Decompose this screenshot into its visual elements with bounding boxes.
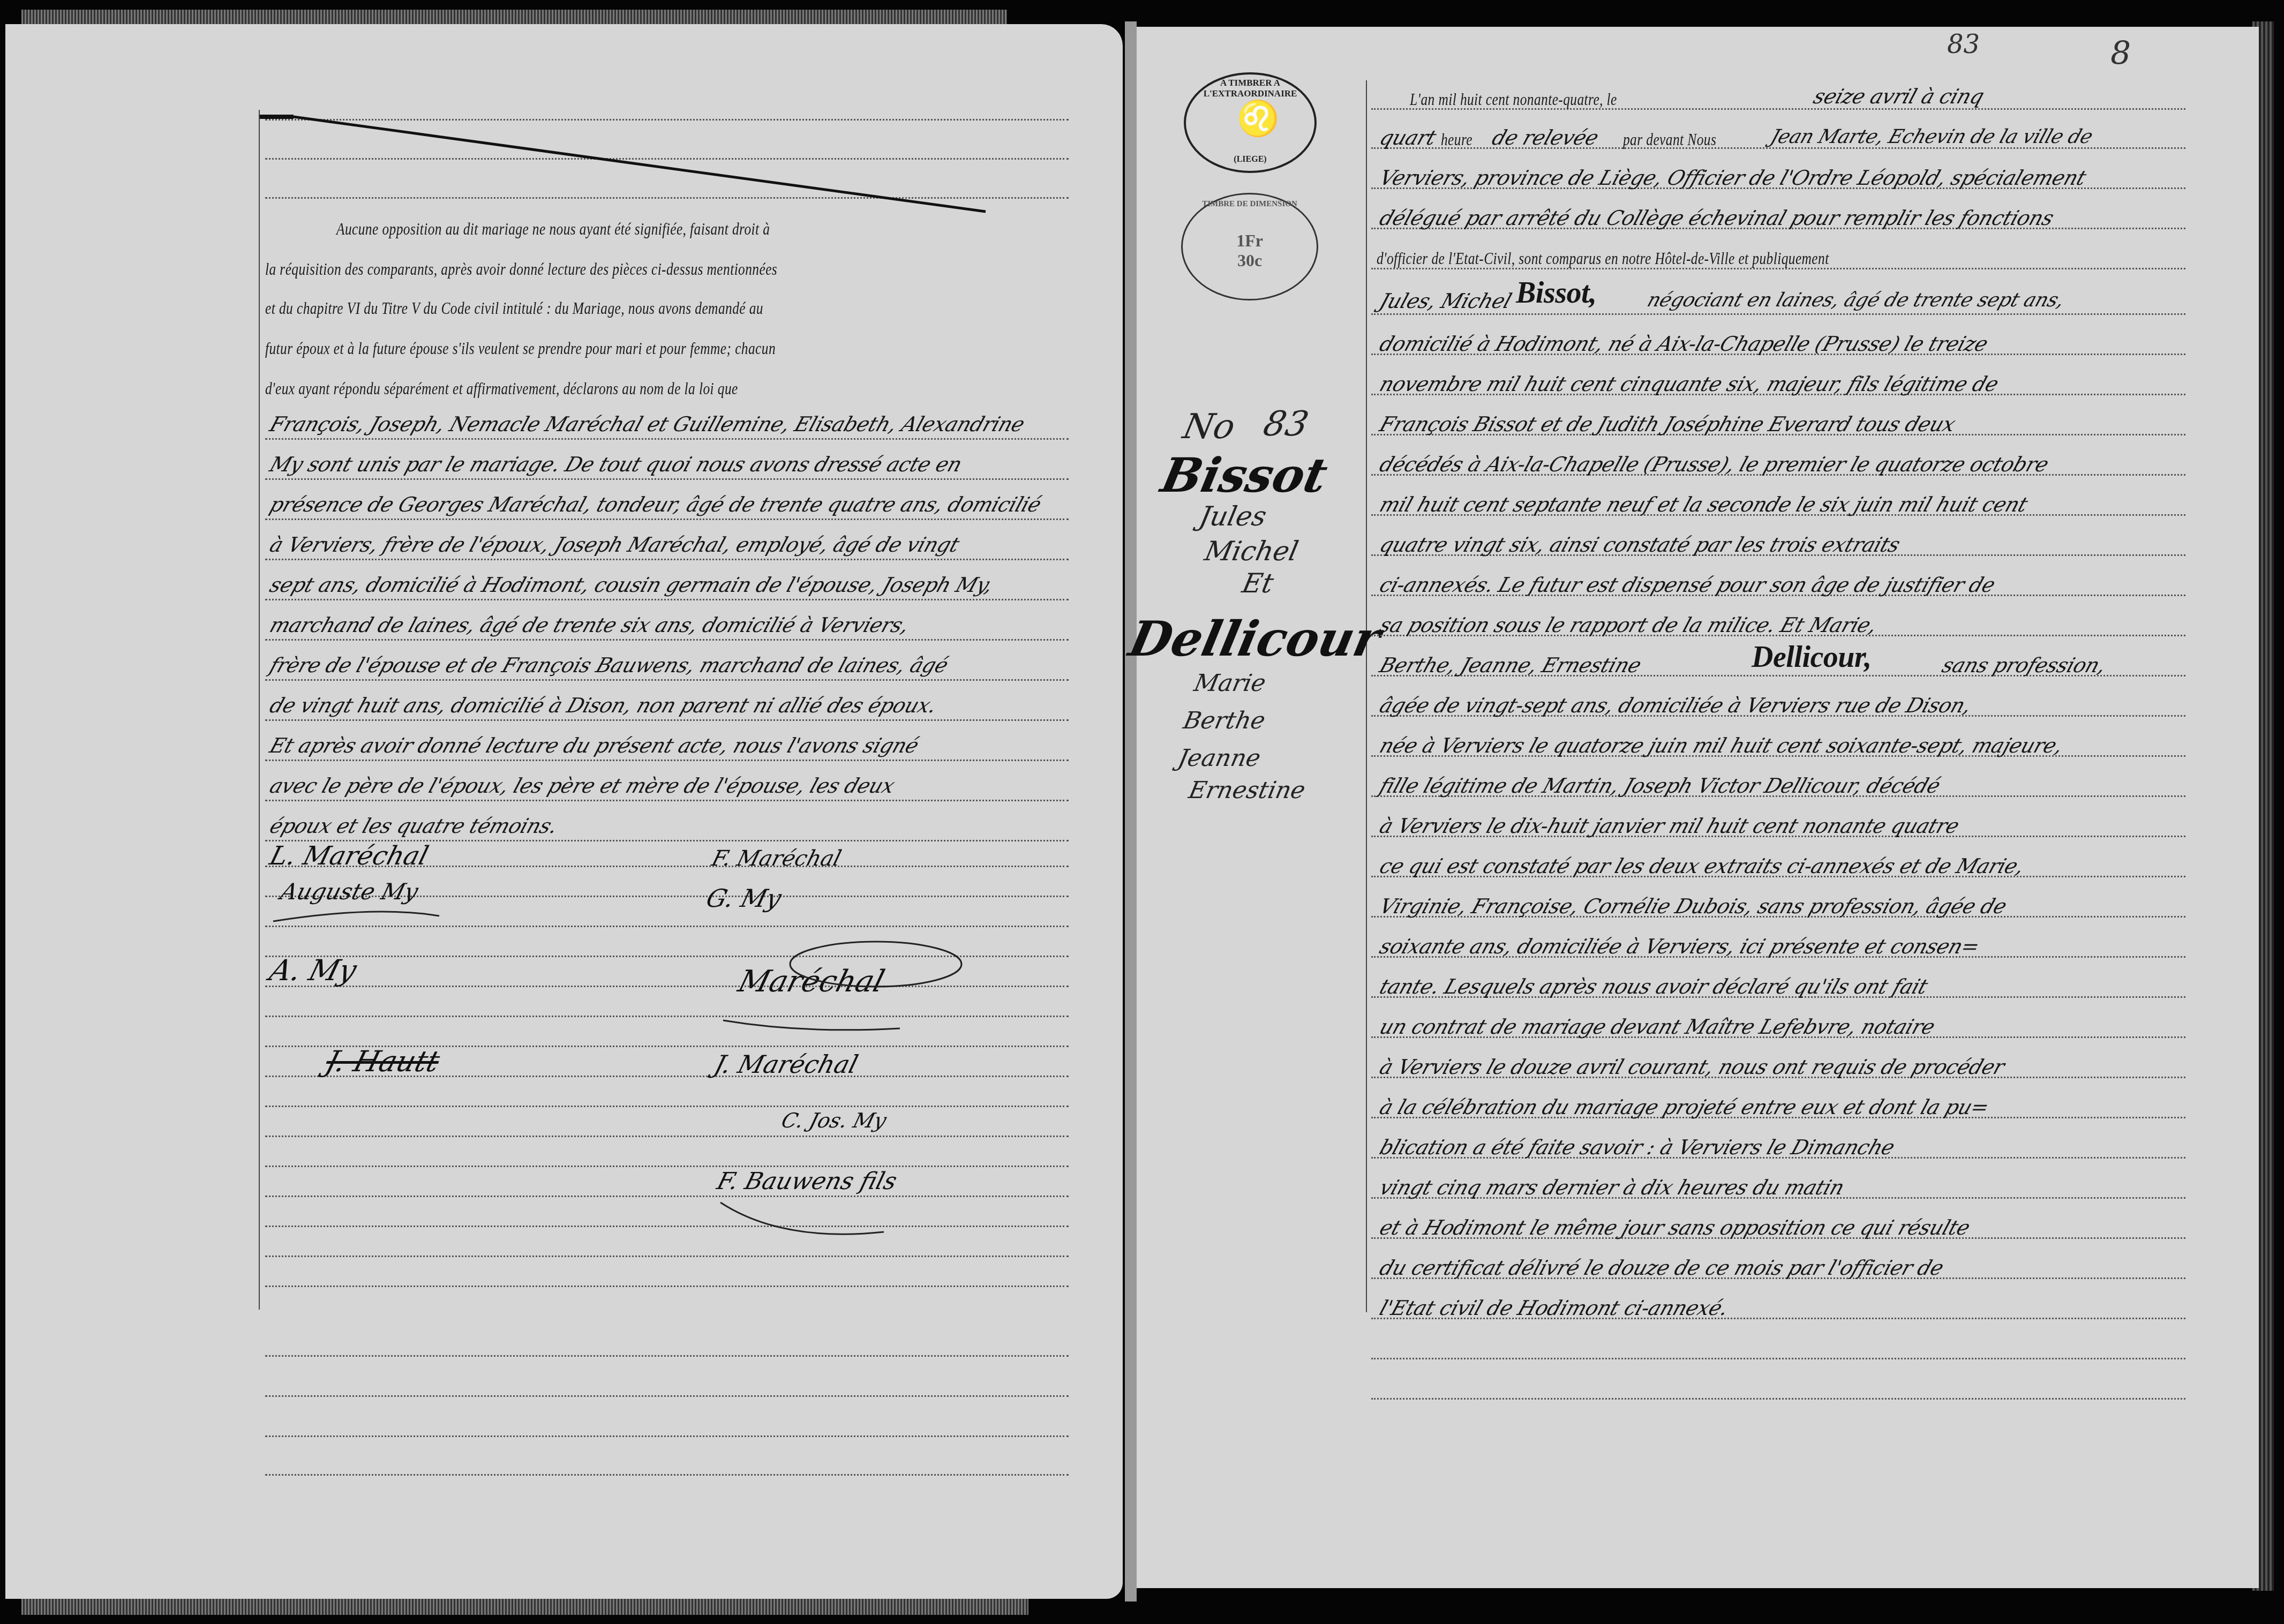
- entry-number-label: No: [1179, 407, 1238, 447]
- handwritten-line: délégué par arrêté du Collège échevinal …: [1377, 206, 2057, 230]
- timbre-extraordinaire-stamp: A TIMBRER A L'EXTRAORDINAIRE ♌ (LIEGE): [1184, 72, 1317, 173]
- right-margin-line: [1366, 80, 1367, 1312]
- folio-mark: 8: [2110, 35, 2131, 72]
- groom-given-names: Jules, Michel: [1377, 289, 1514, 313]
- handwritten-line: l'Etat civil de Hodimont ci-annexé.: [1377, 1296, 1731, 1320]
- dimension-stamp: TIMBRE DE DIMENSION 1Fr 30c: [1181, 193, 1318, 300]
- handwritten-line: à Verviers le douze avril courant, nous …: [1377, 1055, 2008, 1079]
- handwritten-line: François Bissot et de Judith Joséphine E…: [1377, 412, 1958, 436]
- bride-given-names: Berthe, Jeanne, Ernestine: [1377, 653, 1644, 677]
- handwritten-line: domicilié à Hodimont, né à Aix-la-Chapel…: [1377, 332, 1991, 356]
- stamp-ring-text: A TIMBRER A L'EXTRAORDINAIRE: [1186, 78, 1314, 99]
- stamp-ring-text: TIMBRE DE DIMENSION: [1183, 200, 1317, 209]
- handwritten-date: seize avril à cinq: [1810, 85, 1987, 108]
- stamp-bottom-text: (LIEGE): [1186, 155, 1314, 164]
- handwritten-line: âgée de vingt-sept ans, domiciliée à Ver…: [1377, 694, 1974, 717]
- printed-date-intro: L'an mil huit cent nonante-quatre, le: [1410, 90, 1617, 109]
- printed-heure: heure: [1441, 130, 1472, 149]
- groom-details: négociant en laines, âgé de trente sept …: [1644, 289, 2067, 311]
- handwritten-line: Verviers, province de Liège, Officier de…: [1377, 166, 2089, 190]
- conjunction-et: Et: [1239, 568, 1276, 599]
- bride-surname: Dellicour: [1124, 611, 1386, 667]
- handwritten-line: décédés à Aix-la-Chapelle (Prusse), le p…: [1377, 453, 2052, 476]
- groom-given-name-1: Jules: [1197, 501, 1269, 532]
- printed-par-devant-nous: par devant Nous: [1623, 130, 1716, 149]
- stamp-value-francs: 1Fr: [1183, 231, 1317, 251]
- handwritten-relevee: de relevée: [1489, 126, 1602, 149]
- handwritten-line: ce qui est constaté par les deux extrait…: [1377, 854, 2027, 878]
- entry-number: 83: [1260, 404, 1312, 444]
- handwritten-line: vingt cinq mars dernier à dix heures du …: [1377, 1176, 1847, 1199]
- handwritten-line: blication a été faite savoir : à Vervier…: [1377, 1136, 1898, 1159]
- handwritten-officer: Jean Marte, Echevin de la ville de: [1768, 126, 2095, 148]
- handwritten-line: sa position sous le rapport de la milice…: [1377, 613, 1880, 637]
- lion-crest-icon: ♌: [1237, 99, 1280, 139]
- bride-given-name-2: Berthe: [1181, 707, 1268, 734]
- handwritten-line: ci-annexés. Le futur est dispensé pour s…: [1377, 573, 1998, 597]
- handwritten-line: à Verviers le dix-huit janvier mil huit …: [1377, 814, 1962, 838]
- handwritten-line: fille légitime de Martin, Joseph Victor …: [1377, 774, 1943, 798]
- handwritten-line: soixante ans, domiciliée à Verviers, ici…: [1377, 935, 1982, 958]
- groom-given-name-2: Michel: [1202, 536, 1301, 567]
- groom-surname: Bissot: [1156, 447, 1332, 503]
- bride-given-name-4: Ernestine: [1186, 777, 1308, 804]
- folio-number: 83: [1947, 29, 1980, 59]
- handwritten-line: à la célébration du mariage projeté entr…: [1377, 1095, 1992, 1119]
- handwritten-line: Virginie, Françoise, Cornélie Dubois, sa…: [1377, 894, 2010, 918]
- handwritten-line: née à Verviers le quatorze juin mil huit…: [1377, 734, 2066, 757]
- printed-officier-etat-civil: d'officier de l'Etat-Civil, sont comparu…: [1377, 249, 1829, 268]
- handwritten-line: quatre vingt six, ainsi constaté par les…: [1377, 533, 1903, 557]
- bride-given-name-1: Marie: [1192, 670, 1268, 697]
- handwritten-hour: quart: [1377, 126, 1439, 149]
- handwritten-line: et à Hodimont le même jour sans oppositi…: [1377, 1216, 1973, 1239]
- handwritten-line: un contrat de mariage devant Maître Lefe…: [1377, 1015, 1938, 1039]
- handwritten-line: du certificat délivré le douze de ce moi…: [1377, 1256, 1947, 1280]
- handwritten-line: mil huit cent septante neuf et la second…: [1377, 493, 2031, 516]
- handwritten-line: novembre mil huit cent cinquante six, ma…: [1377, 372, 2002, 396]
- bride-surname-inline: Dellicour,: [1752, 640, 1872, 674]
- groom-surname-inline: Bissot,: [1516, 276, 1597, 310]
- handwritten-line: tante. Lesquels après nous avoir déclaré…: [1377, 975, 1930, 998]
- bride-profession: sans profession,: [1939, 653, 2109, 677]
- bride-given-name-3: Jeanne: [1176, 745, 1263, 772]
- stamp-value-centimes: 30c: [1183, 251, 1317, 270]
